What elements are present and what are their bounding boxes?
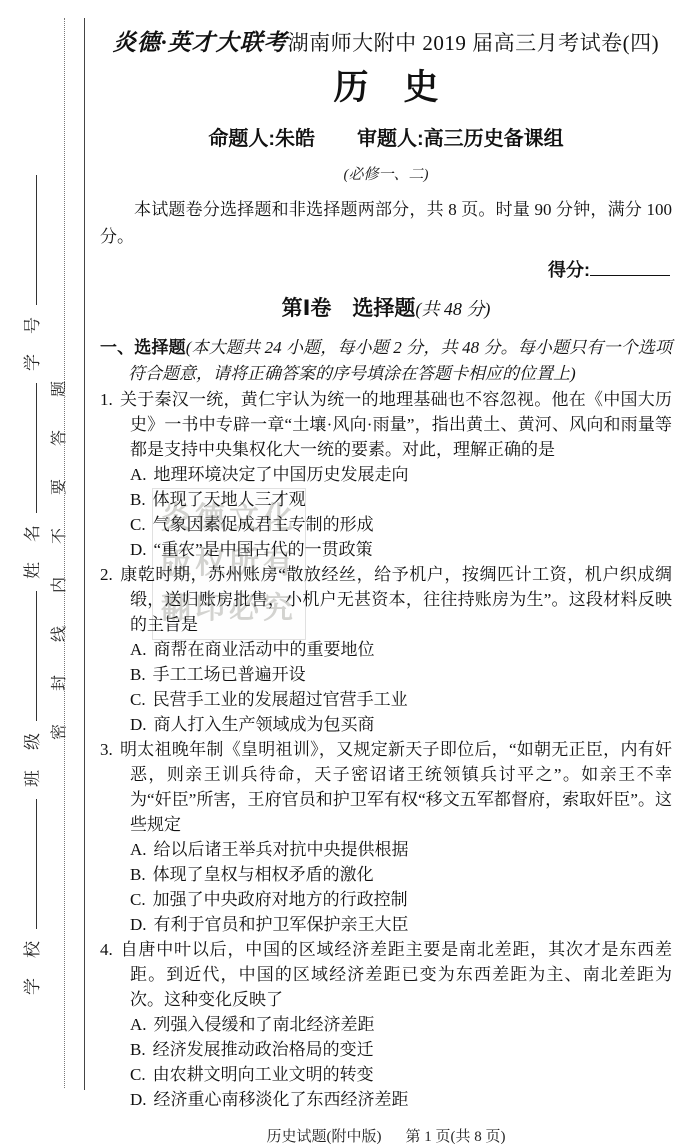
question-3: 3.明太祖晚年制《皇明祖训》，又规定新天子即位后，“如朝无正臣，内有奸恶，则亲王… <box>100 737 672 937</box>
footer-page-number: 第 1 页(共 8 页) <box>406 1129 506 1144</box>
student-info-fields: 学校 班级 姓名 学号 <box>10 110 50 995</box>
option-row: B.经济发展推动政治格局的变迁 <box>100 1037 672 1062</box>
field-name: 姓名 <box>18 383 43 579</box>
question-stem-text: 自唐中叶以后，中国的区域经济差距主要是南北差距，其次才是东西差距。到近代，中国的… <box>120 940 672 1009</box>
exam-title: 湖南师大附中 2019 届高三月考试卷(四) <box>288 31 660 55</box>
option-row: A.商帮在商业活动中的重要地位 <box>100 637 672 662</box>
question-stem-text: 关于秦汉一统，黄仁宇认为统一的地理基础也不容忽视。他在《中国大历史》一书中专辟一… <box>120 390 672 459</box>
field-student-id: 学号 <box>18 175 43 371</box>
option-row: C.民营手工业的发展超过官营手工业 <box>100 687 672 712</box>
option-text: 气象因素促成君主专制的形成 <box>153 515 374 534</box>
page-footer: 历史试题(附中版)第 1 页(共 8 页) <box>100 1125 672 1144</box>
score-blank <box>590 261 670 276</box>
field-school: 学校 <box>18 799 43 995</box>
field-student-id-label: 学号 <box>18 297 43 371</box>
field-school-blank <box>36 799 37 929</box>
setter-label: 命题人:朱皓 <box>208 128 315 150</box>
option-text: 手工工场已普遍开设 <box>153 665 306 684</box>
option-label: B. <box>130 490 146 509</box>
option-text: 给以后诸王举兵对抗中央提供根据 <box>154 840 409 859</box>
question-stem-text: 明太祖晚年制《皇明祖训》，又规定新天子即位后，“如朝无正臣，内有奸恶，则亲王训兵… <box>120 740 672 834</box>
part-heading: 一、选择题(本大题共 24 小题，每小题 2 分，共 48 分。每小题只有一个选… <box>100 335 672 387</box>
option-row: B.手工工场已普遍开设 <box>100 662 672 687</box>
field-class: 班级 <box>18 591 43 787</box>
exam-content: 炎德·英才大联考湖南师大附中 2019 届高三月考试卷(四) 历 史 命题人:朱… <box>100 0 672 1144</box>
option-row: B.体现了天地人三才观 <box>100 487 672 512</box>
option-text: 经济重心南移淡化了东西经济差距 <box>154 1090 409 1109</box>
volume-title: 第Ⅰ卷 选择题 <box>282 297 416 320</box>
question-stem-text: 康乾时期，苏州账房“散放经丝，给予机户，按绸匹计工资，机户织成绸缎，送归账房批售… <box>120 565 672 634</box>
seal-dotted-line <box>64 18 65 1088</box>
option-label: D. <box>130 715 147 734</box>
option-text: 经济发展推动政治格局的变迁 <box>153 1040 374 1059</box>
question-number: 1. <box>100 390 113 409</box>
option-row: C.由农耕文明向工业文明的转变 <box>100 1062 672 1087</box>
question-2: 2.康乾时期，苏州账房“散放经丝，给予机户，按绸匹计工资，机户织成绸缎，送归账房… <box>100 562 672 737</box>
exam-page: { "header": { "brand": "炎德·英才大联考", "exam… <box>0 0 688 1144</box>
part-title: 一、选择题 <box>100 338 186 357</box>
field-school-label: 学校 <box>18 921 43 995</box>
option-label: C. <box>130 515 146 534</box>
option-row: D.“重农”是中国古代的一贯政策 <box>100 537 672 562</box>
subject-title: 历 史 <box>100 69 672 108</box>
question-stem: 3.明太祖晚年制《皇明祖训》，又规定新天子即位后，“如朝无正臣，内有奸恶，则亲王… <box>100 737 672 837</box>
option-label: D. <box>130 915 147 934</box>
volume-points: (共 48 分) <box>415 299 490 319</box>
option-text: 体现了皇权与相权矛盾的激化 <box>153 865 374 884</box>
field-class-label: 班级 <box>18 713 43 787</box>
option-label: D. <box>130 540 147 559</box>
module-scope: (必修一、二) <box>100 163 672 184</box>
exam-header: 炎德·英才大联考湖南师大附中 2019 届高三月考试卷(四) <box>100 24 672 57</box>
seal-text-label: 密封线内不要答题 <box>51 348 68 740</box>
question-4: 4.自唐中叶以后，中国的区域经济差距主要是南北差距，其次才是东西差距。到近代，中… <box>100 937 672 1112</box>
field-student-id-blank <box>36 175 37 305</box>
option-row: D.有利于官员和护卫军保护亲王大臣 <box>100 912 672 937</box>
option-text: 加强了中央政府对地方的行政控制 <box>153 890 408 909</box>
footer-doc-label: 历史试题(附中版) <box>267 1129 382 1144</box>
score-label: 得分: <box>548 260 590 280</box>
question-stem: 4.自唐中叶以后，中国的区域经济差距主要是南北差距，其次才是东西差距。到近代，中… <box>100 937 672 1012</box>
option-text: 体现了天地人三才观 <box>153 490 306 509</box>
question-number: 4. <box>100 940 113 959</box>
option-label: C. <box>130 690 146 709</box>
option-row: A.列强入侵缓和了南北经济差距 <box>100 1012 672 1037</box>
option-label: A. <box>130 640 147 659</box>
option-text: 列强入侵缓和了南北经济差距 <box>154 1015 375 1034</box>
option-row: D.经济重心南移淡化了东西经济差距 <box>100 1087 672 1112</box>
option-row: A.给以后诸王举兵对抗中央提供根据 <box>100 837 672 862</box>
volume-heading: 第Ⅰ卷 选择题(共 48 分) <box>100 292 672 322</box>
part-note: (本大题共 24 小题，每小题 2 分，共 48 分。每小题只有一个选项符合题意… <box>128 338 672 383</box>
option-row: C.气象因素促成君主专制的形成 <box>100 512 672 537</box>
exam-intro: 本试题卷分选择题和非选择题两部分，共 8 页。时量 90 分钟，满分 100 分… <box>100 196 672 250</box>
option-row: D.商人打入生产领域成为包买商 <box>100 712 672 737</box>
option-text: 由农耕文明向工业文明的转变 <box>153 1065 374 1084</box>
option-label: A. <box>130 465 147 484</box>
option-row: B.体现了皇权与相权矛盾的激化 <box>100 862 672 887</box>
option-label: B. <box>130 865 146 884</box>
setters-line: 命题人:朱皓审题人:高三历史备课组 <box>100 122 672 151</box>
option-label: C. <box>130 890 146 909</box>
reviewer-label: 审题人:高三历史备课组 <box>357 128 564 150</box>
field-class-blank <box>36 591 37 721</box>
option-label: B. <box>130 1040 146 1059</box>
score-line: 得分: <box>100 256 672 282</box>
question-number: 3. <box>100 740 113 759</box>
seal-solid-line <box>84 18 85 1090</box>
question-1: 1.关于秦汉一统，黄仁宇认为统一的地理基础也不容忽视。他在《中国大历史》一书中专… <box>100 387 672 562</box>
option-text: 商人打入生产领域成为包买商 <box>154 715 375 734</box>
option-row: C.加强了中央政府对地方的行政控制 <box>100 887 672 912</box>
option-label: A. <box>130 840 147 859</box>
option-label: B. <box>130 665 146 684</box>
field-name-label: 姓名 <box>18 505 43 579</box>
option-text: 地理环境决定了中国历史发展走向 <box>154 465 409 484</box>
option-text: 民营手工业的发展超过官营手工业 <box>153 690 408 709</box>
question-number: 2. <box>100 565 113 584</box>
option-text: “重农”是中国古代的一贯政策 <box>154 540 373 559</box>
option-label: A. <box>130 1015 147 1034</box>
option-label: C. <box>130 1065 146 1084</box>
question-stem: 1.关于秦汉一统，黄仁宇认为统一的地理基础也不容忽视。他在《中国大历史》一书中专… <box>100 387 672 462</box>
field-name-blank <box>36 383 37 513</box>
option-label: D. <box>130 1090 147 1109</box>
question-stem: 2.康乾时期，苏州账房“散放经丝，给予机户，按绸匹计工资，机户织成绸缎，送归账房… <box>100 562 672 637</box>
option-text: 有利于官员和护卫军保护亲王大臣 <box>154 915 409 934</box>
brand-title: 炎德·英才大联考 <box>113 30 288 55</box>
option-text: 商帮在商业活动中的重要地位 <box>154 640 375 659</box>
option-row: A.地理环境决定了中国历史发展走向 <box>100 462 672 487</box>
